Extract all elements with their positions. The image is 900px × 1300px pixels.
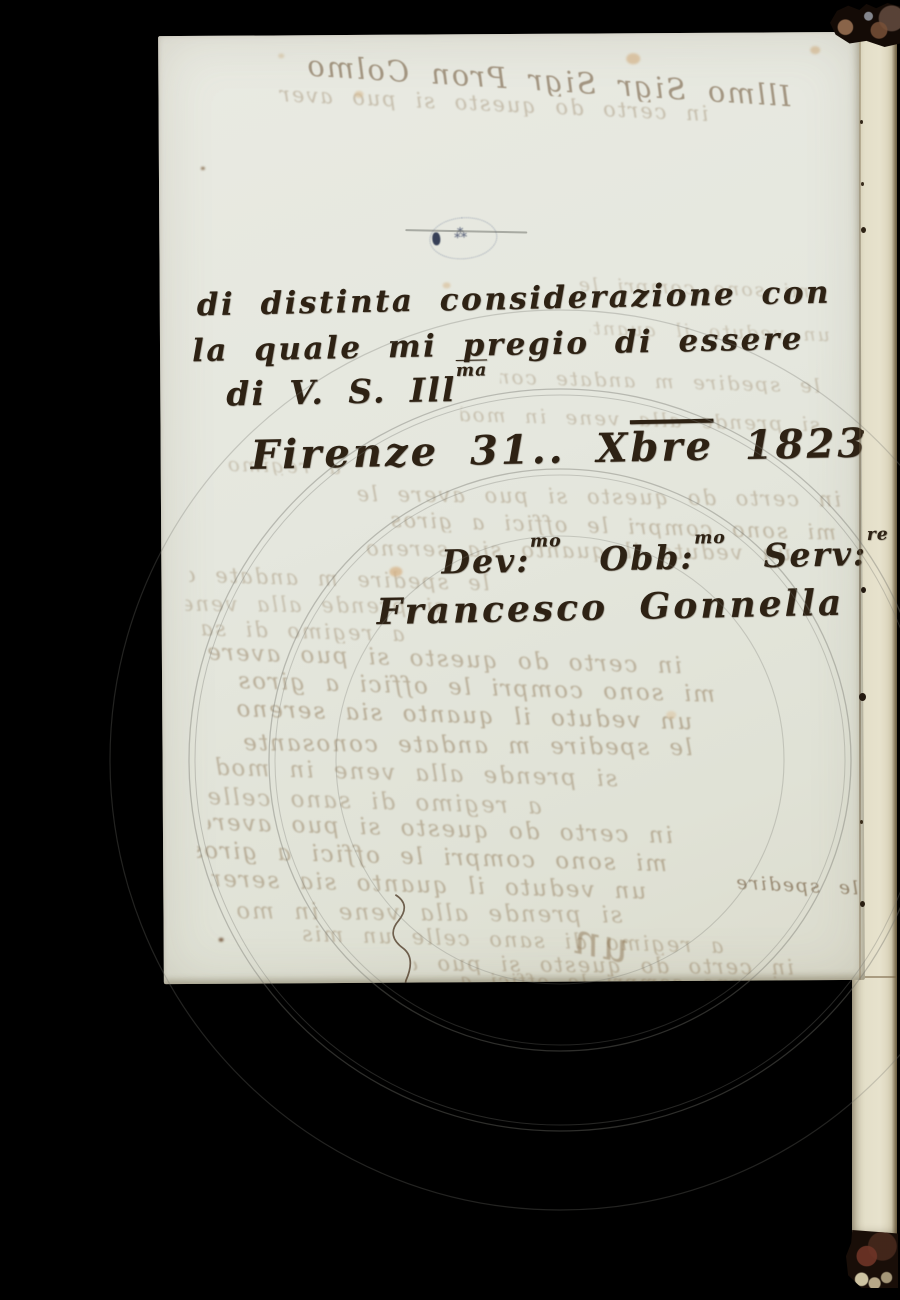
gutter-crease <box>859 36 861 980</box>
foxing-stain <box>278 53 284 58</box>
foxing-stain <box>389 567 402 577</box>
foxing-stain <box>810 46 820 54</box>
closing-serv-superscript: re <box>867 525 889 545</box>
closing-obb: Obb: <box>562 537 695 579</box>
foxing-layer <box>158 32 865 984</box>
closing-serv: Serv: <box>726 534 868 576</box>
scan-stage: Illmo Sigr Sigr Pron Colmoin certo do qu… <box>0 0 900 1300</box>
foxing-stain <box>666 711 676 719</box>
letter-page: Illmo Sigr Sigr Pron Colmoin certo do qu… <box>158 32 865 984</box>
foxing-stain <box>219 938 224 942</box>
stamp-ink-blob <box>432 232 441 246</box>
letter-closing: Dev:mo Obb:mo Serv:re <box>441 537 889 579</box>
foxing-stain <box>354 91 363 98</box>
closing-dev: Dev: <box>441 541 531 582</box>
letter-dateline: Firenze 31.. Xbre 1823 <box>250 424 868 476</box>
closing-obb-superscript: mo <box>694 528 726 549</box>
dateline-month-abbrev: bre <box>630 423 714 472</box>
letter-salutation-line: di V. S. Illma <box>226 372 488 410</box>
closing-dev-superscript: mo <box>530 531 562 552</box>
salutation-superscript: ma <box>456 360 488 381</box>
letter-signature: Francesco Gonnella <box>376 585 844 630</box>
dateline-year: 1823 <box>713 420 868 470</box>
salutation-main: di V. S. Ill <box>226 370 457 414</box>
foxing-stain <box>626 53 640 64</box>
dateline-place-day: Firenze 31.. X <box>250 424 631 479</box>
gutter-specks <box>860 120 863 124</box>
binding-tailband-leather <box>846 1230 898 1288</box>
foxing-stain <box>201 167 205 170</box>
